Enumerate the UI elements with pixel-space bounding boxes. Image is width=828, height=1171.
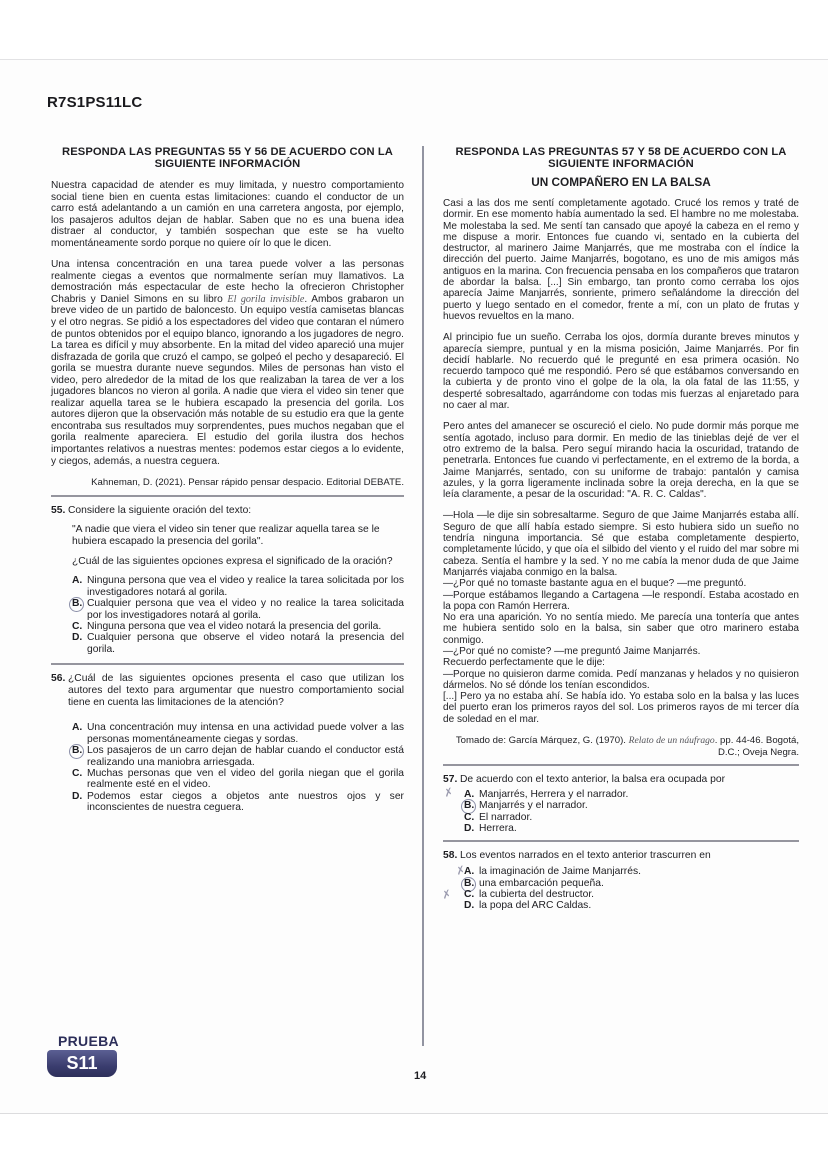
option-58-d[interactable]: D.la popa del ARC Caldas.: [464, 900, 799, 911]
citation-text: . pp. 44-46. Bogotá, D.C.; Oveja Negra.: [715, 735, 799, 758]
question-number: 58.: [443, 850, 460, 862]
option-letter-circled: B.: [464, 878, 479, 889]
option-text: Ninguna persona que vea el video notará …: [87, 621, 404, 632]
dialogue-line: —¿Por qué no comiste? —me preguntó Jaime…: [443, 646, 799, 657]
quoted-sentence: "A nadie que viera el video sin tener qu…: [72, 524, 404, 547]
option-56-c[interactable]: C.Muchas personas que ven el video del g…: [72, 768, 404, 791]
options-58: ✗ ✗ A.la imaginación de Jaime Manjarrés.…: [464, 866, 799, 912]
exam-code: R7S1PS11LC: [47, 94, 142, 111]
option-57-d[interactable]: D.Herrera.: [464, 823, 799, 834]
question-57: 57. De acuerdo con el texto anterior, la…: [443, 774, 799, 786]
column-divider: [422, 146, 424, 1046]
question-number: 56.: [51, 673, 68, 708]
options-57: ✗ A.Manjarrés, Herrera y el narrador. B.…: [464, 789, 799, 835]
citation-garcia-marquez: Tomado de: García Márquez, G. (1970). Re…: [443, 735, 799, 758]
option-text: una embarcación pequeña.: [479, 878, 799, 889]
option-text: Manjarrés, Herrera y el narrador.: [479, 789, 799, 800]
right-column: RESPONDA LAS PREGUNTAS 57 Y 58 DE ACUERD…: [443, 146, 799, 912]
citation-text: Tomado de: García Márquez, G. (1970).: [456, 735, 629, 746]
option-letter: A.: [72, 722, 87, 745]
question-56: 56. ¿Cuál de las siguientes opciones pre…: [51, 673, 404, 708]
option-text: Manjarrés y el narrador.: [479, 800, 799, 811]
question-stem: Los eventos narrados en el texto anterio…: [460, 850, 799, 862]
dialogue-line: Recuerdo perfectamente que le dije:: [443, 657, 799, 668]
option-text: Herrera.: [479, 823, 799, 834]
option-58-c[interactable]: C.la cubierta del destructor.: [464, 889, 799, 900]
question-58: 58. Los eventos narrados en el texto ant…: [443, 850, 799, 862]
option-letter: D.: [464, 900, 479, 911]
option-58-a[interactable]: A.la imaginación de Jaime Manjarrés.: [464, 866, 799, 877]
dialogue-line: [...] Pero ya no estaba ahí. Se había id…: [443, 691, 799, 725]
option-56-d[interactable]: D.Podemos estar ciegos a objetos ante nu…: [72, 791, 404, 814]
question-55: 55. Considere la siguiente oración del t…: [51, 505, 404, 517]
passage-text: . Ambos grabaron un breve video de un pa…: [51, 294, 404, 467]
option-55-c[interactable]: C.Ninguna persona que vea el video notar…: [72, 621, 404, 632]
option-text: El narrador.: [479, 812, 799, 823]
section-rule: [51, 663, 404, 665]
option-letter-circled: B.: [72, 598, 87, 621]
option-57-b[interactable]: B.Manjarrés y el narrador.: [464, 800, 799, 811]
question-stem: ¿Cuál de las siguientes opciones present…: [68, 673, 404, 708]
dialogue-line: No era una aparición. Yo no sentía miedo…: [443, 612, 799, 646]
option-text: la popa del ARC Caldas.: [479, 900, 799, 911]
handwritten-mark-icon: ✗: [440, 887, 452, 902]
option-text: Cualquier persona que vea el video y no …: [87, 598, 404, 621]
options-55: A.Ninguna persona que vea el video y rea…: [72, 575, 404, 655]
citation-kahneman: Kahneman, D. (2021). Pensar rápido pensa…: [51, 477, 404, 489]
option-56-b[interactable]: B.Los pasajeros de un carro dejan de hab…: [72, 745, 404, 768]
dialogue-line: —Porque no quisieron darme comida. Pedí …: [443, 669, 799, 692]
page-number: 14: [414, 1070, 426, 1082]
passage-paragraph-1: Nuestra capacidad de atender es muy limi…: [51, 180, 404, 249]
option-letter-circled: B.: [72, 745, 87, 768]
section-rule: [51, 495, 404, 497]
options-56: A.Una concentración muy intensa en una a…: [72, 722, 404, 813]
option-letter: C.: [464, 812, 479, 823]
passage-paragraph-1: Casi a las dos me sentí completamente ag…: [443, 198, 799, 322]
passage-paragraph-3: Pero antes del amanecer se oscureció el …: [443, 421, 799, 500]
handwritten-mark-icon: ✗: [442, 785, 454, 800]
option-text: Ninguna persona que vea el video y reali…: [87, 575, 404, 598]
section-header-55-56: RESPONDA LAS PREGUNTAS 55 Y 56 DE ACUERD…: [51, 146, 404, 170]
option-55-a[interactable]: A.Ninguna persona que vea el video y rea…: [72, 575, 404, 598]
option-letter: C.: [464, 889, 479, 900]
option-letter: A.: [72, 575, 87, 598]
question-stem: Considere la siguiente oración del texto…: [68, 505, 404, 517]
option-text: la cubierta del destructor.: [479, 889, 799, 900]
question-prompt: ¿Cuál de las siguientes opciones expresa…: [72, 556, 404, 568]
passage-paragraph-2: Una intensa concentración en una tarea p…: [51, 259, 404, 467]
passage-paragraph-2: Al principio fue un sueño. Cerraba los o…: [443, 332, 799, 411]
dialogue-line: —¿Por qué no tomaste bastante agua en el…: [443, 578, 799, 589]
dialogue-line: —Hola —le dije sin sobresaltarme. Seguro…: [443, 510, 799, 578]
section-rule: [443, 840, 799, 842]
option-text: Muchas personas que ven el video del gor…: [87, 768, 404, 791]
option-letter: D.: [464, 823, 479, 834]
question-number: 55.: [51, 505, 68, 517]
book-title: Relato de un náufrago: [629, 735, 715, 746]
book-title: El gorila invisible: [227, 294, 304, 305]
option-text: Una concentración muy intensa en una act…: [87, 722, 404, 745]
option-letter: C.: [72, 621, 87, 632]
passage-title: UN COMPAÑERO EN LA BALSA: [443, 175, 799, 189]
option-57-a[interactable]: A.Manjarrés, Herrera y el narrador.: [464, 789, 799, 800]
test-badge: S11: [47, 1050, 117, 1077]
option-letter: D.: [72, 791, 87, 814]
question-number: 57.: [443, 774, 460, 786]
option-57-c[interactable]: C.El narrador.: [464, 812, 799, 823]
option-text: Podemos estar ciegos a objetos ante nues…: [87, 791, 404, 814]
option-56-a[interactable]: A.Una concentración muy intensa en una a…: [72, 722, 404, 745]
option-text: Los pasajeros de un carro dejan de habla…: [87, 745, 404, 768]
option-text: Cualquier persona que observe el video n…: [87, 632, 404, 655]
option-text: la imaginación de Jaime Manjarrés.: [479, 866, 799, 877]
option-55-d[interactable]: D.Cualquier persona que observe el video…: [72, 632, 404, 655]
option-letter: D.: [72, 632, 87, 655]
prueba-label: PRUEBA: [58, 1033, 119, 1049]
question-stem: De acuerdo con el texto anterior, la bal…: [460, 774, 799, 786]
option-letter: A.: [464, 866, 479, 877]
section-header-57-58: RESPONDA LAS PREGUNTAS 57 Y 58 DE ACUERD…: [443, 146, 799, 170]
section-rule: [443, 764, 799, 766]
option-55-b[interactable]: B.Cualquier persona que vea el video y n…: [72, 598, 404, 621]
left-column: RESPONDA LAS PREGUNTAS 55 Y 56 DE ACUERD…: [51, 146, 404, 814]
dialogue-line: —Porque estábamos llegando a Cartagena —…: [443, 590, 799, 613]
option-letter: C.: [72, 768, 87, 791]
option-letter-circled: B.: [464, 800, 479, 811]
option-58-b[interactable]: B.una embarcación pequeña.: [464, 878, 799, 889]
